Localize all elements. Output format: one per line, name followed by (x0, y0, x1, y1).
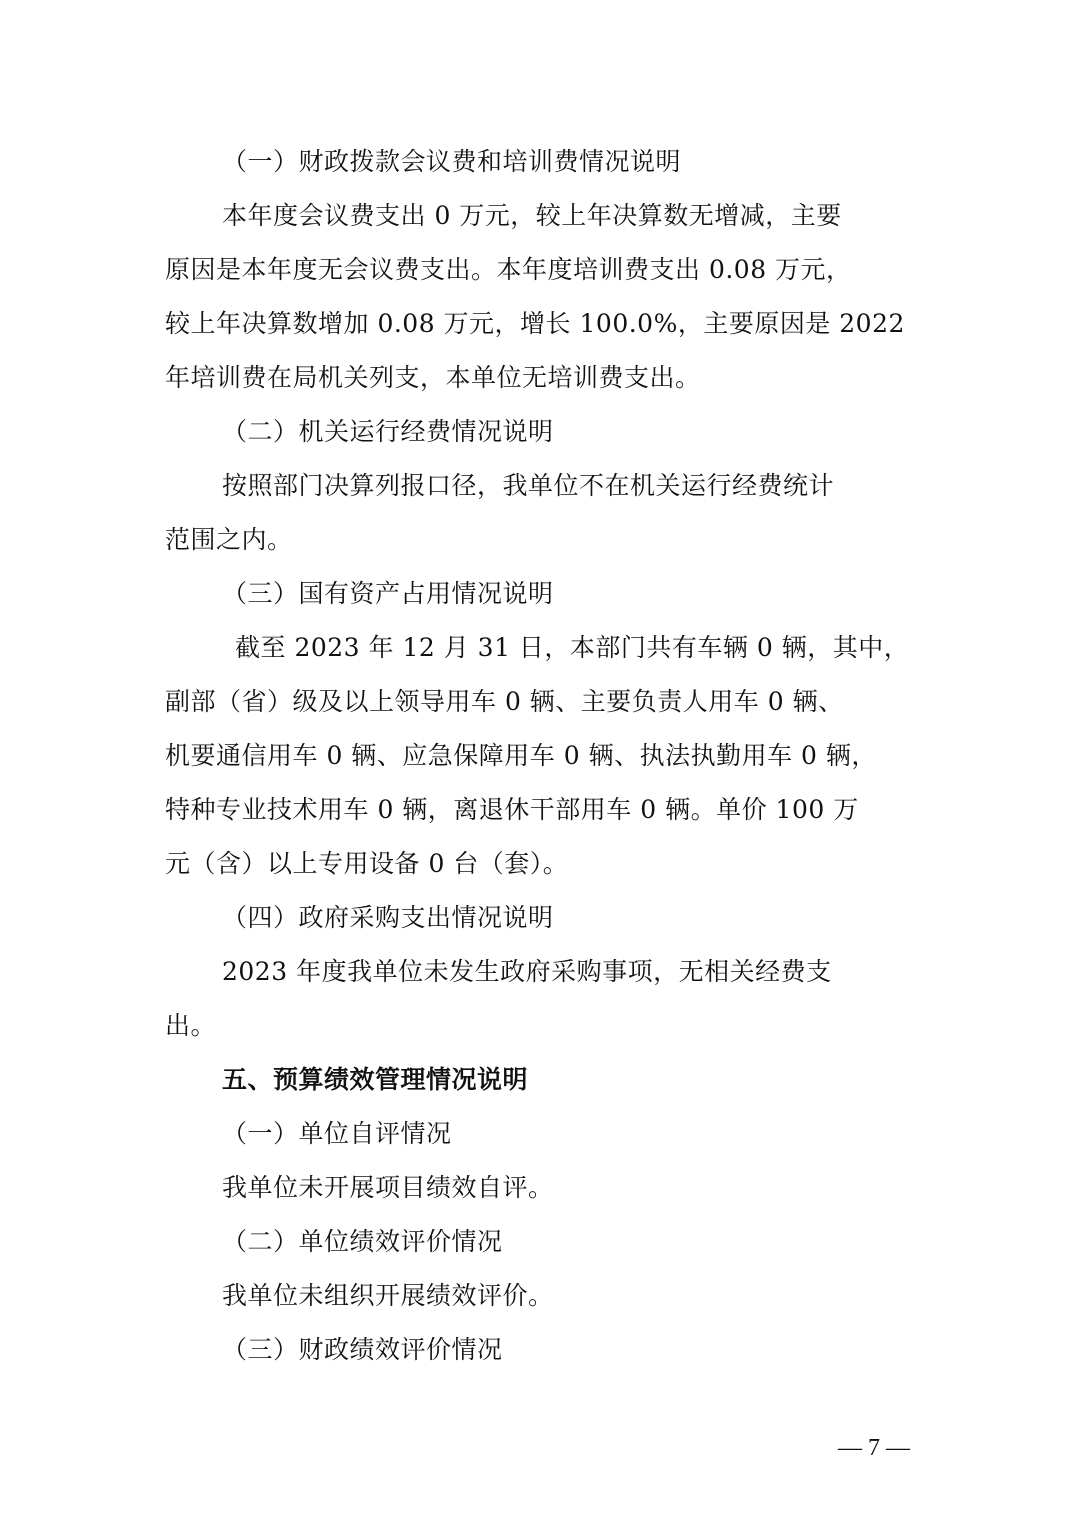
heading-performance-management: 五、预算绩效管理情况说明 (165, 1053, 528, 1107)
paragraph-line: 机要通信用车 0 辆、应急保障用车 0 辆、执法执勤用车 0 辆， (165, 729, 877, 783)
paragraph-line: 副部（省）级及以上领导用车 0 辆、主要负责人用车 0 辆、 (165, 675, 844, 729)
heading-self-evaluation: （一）单位自评情况 (165, 1107, 452, 1161)
paragraph-line: 我单位未组织开展绩效评价。 (165, 1269, 554, 1323)
heading-state-assets: （三）国有资产占用情况说明 (165, 567, 554, 621)
heading-unit-evaluation: （二）单位绩效评价情况 (165, 1215, 503, 1269)
heading-meeting-training-fees: （一）财政拨款会议费和培训费情况说明 (165, 135, 681, 189)
paragraph-line: 范围之内。 (165, 513, 293, 567)
paragraph-line: 本年度会议费支出 0 万元，较上年决算数无增减，主要 (165, 189, 842, 243)
paragraph-line: 2023 年度我单位未发生政府采购事项，无相关经费支 (165, 945, 832, 999)
paragraph-line: 截至 2023 年 12 月 31 日，本部门共有车辆 0 辆，其中， (165, 621, 909, 675)
page-number: — 7 — (838, 1435, 910, 1462)
paragraph-line: 较上年决算数增加 0.08 万元，增长 100.0%，主要原因是 2022 (165, 297, 905, 351)
heading-operating-expenses: （二）机关运行经费情况说明 (165, 405, 554, 459)
paragraph-line: 按照部门决算列报口径，我单位不在机关运行经费统计 (165, 459, 834, 513)
paragraph-line: 特种专业技术用车 0 辆，离退休干部用车 0 辆。单价 100 万 (165, 783, 859, 837)
paragraph-line: 我单位未开展项目绩效自评。 (165, 1161, 554, 1215)
paragraph-line: 出。 (165, 999, 216, 1053)
paragraph-line: 原因是本年度无会议费支出。本年度培训费支出 0.08 万元， (165, 243, 852, 297)
heading-fiscal-evaluation: （三）财政绩效评价情况 (165, 1323, 503, 1377)
heading-government-procurement: （四）政府采购支出情况说明 (165, 891, 554, 945)
paragraph-line: 元（含）以上专用设备 0 台（套）。 (165, 837, 568, 891)
paragraph-line: 年培训费在局机关列支，本单位无培训费支出。 (165, 351, 701, 405)
